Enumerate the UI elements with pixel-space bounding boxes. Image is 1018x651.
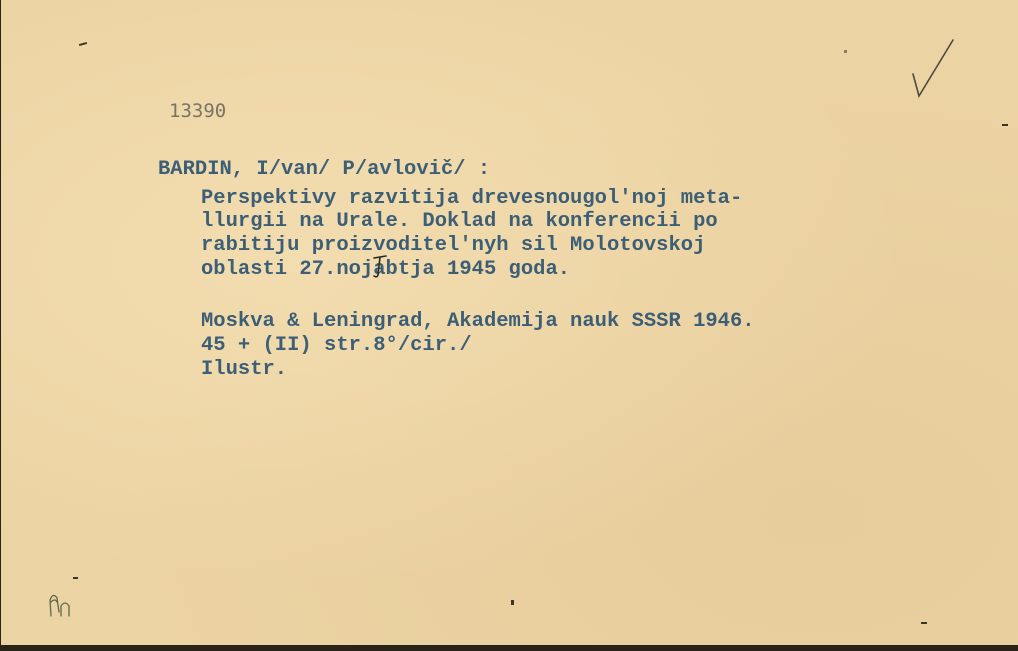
accession-number: 13390 (169, 100, 226, 122)
title-line-3: rabitiju proizvoditel'nyh sil Molotovsko… (201, 234, 705, 258)
catalog-card: 13390 BARDIN, I/van/ P/avlovič/ : Perspe… (1, 0, 1018, 645)
paper-speck (1002, 124, 1008, 126)
paper-speck (511, 600, 514, 605)
handwritten-initials-icon (47, 588, 87, 618)
pencil-checkmark-icon (909, 38, 959, 103)
imprint-line-3: Ilustr. (201, 358, 287, 382)
imprint-line-1: Moskva & Leningrad, Akademija nauk SSSR … (201, 310, 755, 334)
handwritten-correction-icon (372, 255, 388, 279)
title-line-1: Perspektivy razvitija drevesnougol'noj m… (201, 187, 742, 211)
paper-speck (844, 50, 847, 53)
paper-speck (73, 577, 78, 579)
paper-speck (79, 42, 87, 46)
paper-speck (921, 622, 927, 624)
author-heading: BARDIN, I/van/ P/avlovič/ : (158, 158, 490, 182)
imprint-line-2: 45 + (II) str.8°/cir./ (201, 334, 472, 358)
title-line-2: llurgii na Urale. Doklad na konferencii … (201, 210, 718, 234)
